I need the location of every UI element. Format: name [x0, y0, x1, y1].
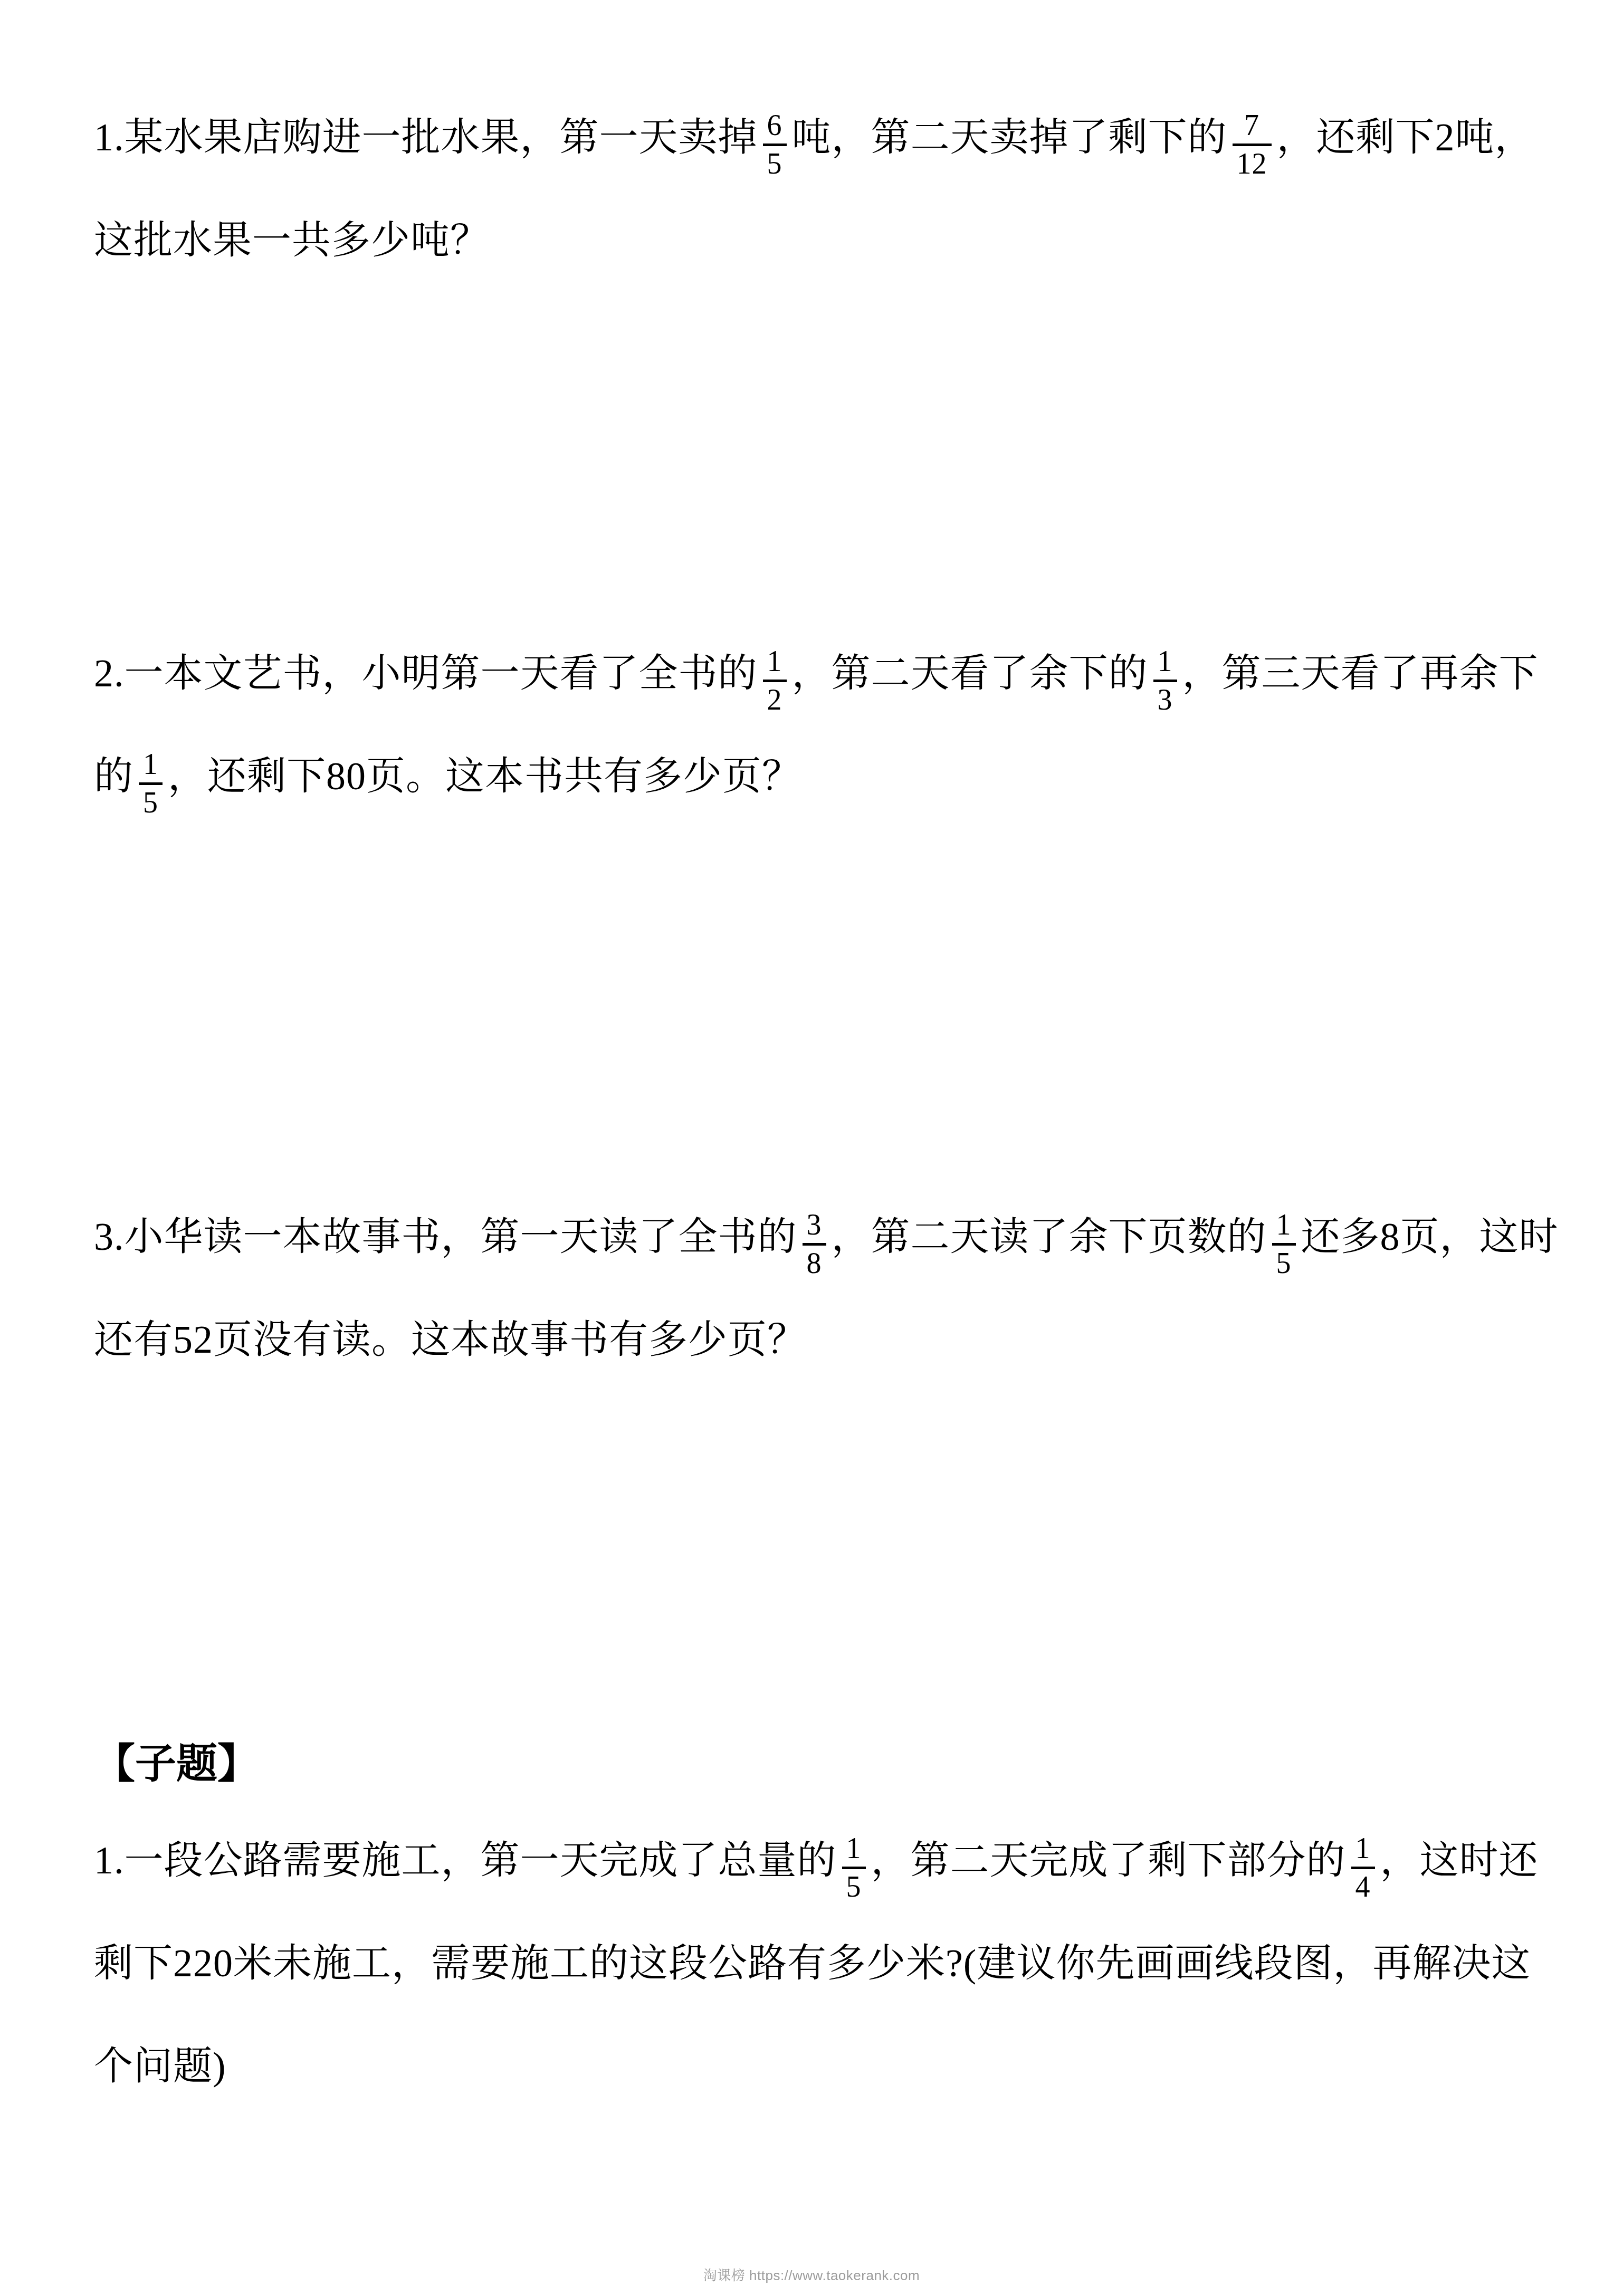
text-run: ，第二天完成了剩下部分的 — [871, 1839, 1346, 1882]
fraction: 15 — [139, 750, 163, 818]
fraction: 14 — [1351, 1834, 1375, 1902]
text-run: ，这时还 — [1380, 1839, 1539, 1882]
fraction: 65 — [763, 111, 787, 179]
text-line: 这批水果一共多少吨？ — [94, 189, 1534, 292]
text-run: 还多8页，这时 — [1301, 1216, 1559, 1259]
fraction: 12 — [763, 647, 787, 715]
subsection-header: 【子题】 — [94, 1713, 259, 1815]
text-run: 1.某水果店购进一批水果，第一天卖掉 — [94, 116, 758, 159]
fraction-denominator: 2 — [763, 680, 787, 715]
fraction-numerator: 6 — [763, 111, 787, 143]
fraction-denominator: 5 — [842, 1867, 866, 1902]
text-line: 还有52页没有读。这本故事书有多少页？ — [94, 1289, 1559, 1392]
text-run: 剩下220米未施工，需要施工的这段公路有多少米?(建议你先画画线段图，再解决这 — [94, 1942, 1531, 1985]
text-run: 这批水果一共多少吨？ — [94, 219, 490, 262]
text-line: 3.小华读一本故事书，第一天读了全书的38，第二天读了余下页数的15还多8页，这… — [94, 1186, 1559, 1289]
text-run: 3.小华读一本故事书，第一天读了全书的 — [94, 1216, 797, 1259]
text-line: 1.一段公路需要施工，第一天完成了总量的15，第二天完成了剩下部分的14，这时还 — [94, 1810, 1539, 1912]
text-run: ，第三天看了再余下 — [1182, 652, 1539, 695]
watermark: 淘课榜 https://www.taokerank.com — [0, 2265, 1623, 2284]
fraction-numerator: 1 — [842, 1834, 866, 1867]
text-run: ，还剩下80页。这本书共有多少页？ — [168, 755, 801, 798]
fraction-numerator: 3 — [803, 1210, 826, 1243]
fraction-numerator: 1 — [1272, 1210, 1296, 1243]
fraction-denominator: 3 — [1153, 680, 1177, 715]
text-run: 吨，第二天卖掉了剩下的 — [792, 116, 1227, 159]
fraction-numerator: 1 — [139, 750, 163, 782]
fraction-denominator: 4 — [1351, 1867, 1375, 1902]
fraction-denominator: 12 — [1233, 143, 1272, 179]
text-run: 个问题) — [94, 2045, 226, 2088]
text-run: ，还剩下2吨， — [1277, 116, 1534, 159]
text-line: 的15，还剩下80页。这本书共有多少页？ — [94, 725, 1539, 828]
text-line: 1.某水果店购进一批水果，第一天卖掉65吨，第二天卖掉了剩下的712，还剩下2吨… — [94, 87, 1534, 189]
text-run: 1.一段公路需要施工，第一天完成了总量的 — [94, 1839, 837, 1882]
text-run: 的 — [94, 755, 133, 798]
text-run: ，第二天读了余下页数的 — [832, 1216, 1267, 1259]
text-line: 剩下220米未施工，需要施工的这段公路有多少米?(建议你先画画线段图，再解决这 — [94, 1912, 1539, 2015]
text-run: ，第二天看了余下的 — [792, 652, 1148, 695]
fraction-numerator: 1 — [1153, 647, 1177, 680]
fraction-numerator: 7 — [1240, 111, 1264, 143]
problem-1: 1.某水果店购进一批水果，第一天卖掉65吨，第二天卖掉了剩下的712，还剩下2吨… — [94, 87, 1534, 292]
fraction-numerator: 1 — [763, 647, 787, 680]
fraction: 15 — [1272, 1210, 1296, 1278]
text-run: 2.一本文艺书，小明第一天看了全书的 — [94, 652, 758, 695]
text-line: 2.一本文艺书，小明第一天看了全书的12，第二天看了余下的13，第三天看了再余下 — [94, 623, 1539, 725]
problem-2: 2.一本文艺书，小明第一天看了全书的12，第二天看了余下的13，第三天看了再余下… — [94, 623, 1539, 828]
fraction: 712 — [1233, 111, 1272, 179]
problem-3: 3.小华读一本故事书，第一天读了全书的38，第二天读了余下页数的15还多8页，这… — [94, 1186, 1559, 1392]
fraction: 13 — [1153, 647, 1177, 715]
fraction-denominator: 8 — [803, 1243, 826, 1278]
fraction-numerator: 1 — [1351, 1834, 1375, 1867]
fraction: 38 — [803, 1210, 826, 1278]
text-run: 还有52页没有读。这本故事书有多少页？ — [94, 1318, 807, 1362]
sub-problem-1: 1.一段公路需要施工，第一天完成了总量的15，第二天完成了剩下部分的14，这时还… — [94, 1810, 1539, 2118]
text-line: 个问题) — [94, 2015, 1539, 2118]
fraction-denominator: 5 — [1272, 1243, 1296, 1278]
fraction: 15 — [842, 1834, 866, 1902]
fraction-denominator: 5 — [139, 782, 163, 818]
fraction-denominator: 5 — [763, 143, 787, 179]
